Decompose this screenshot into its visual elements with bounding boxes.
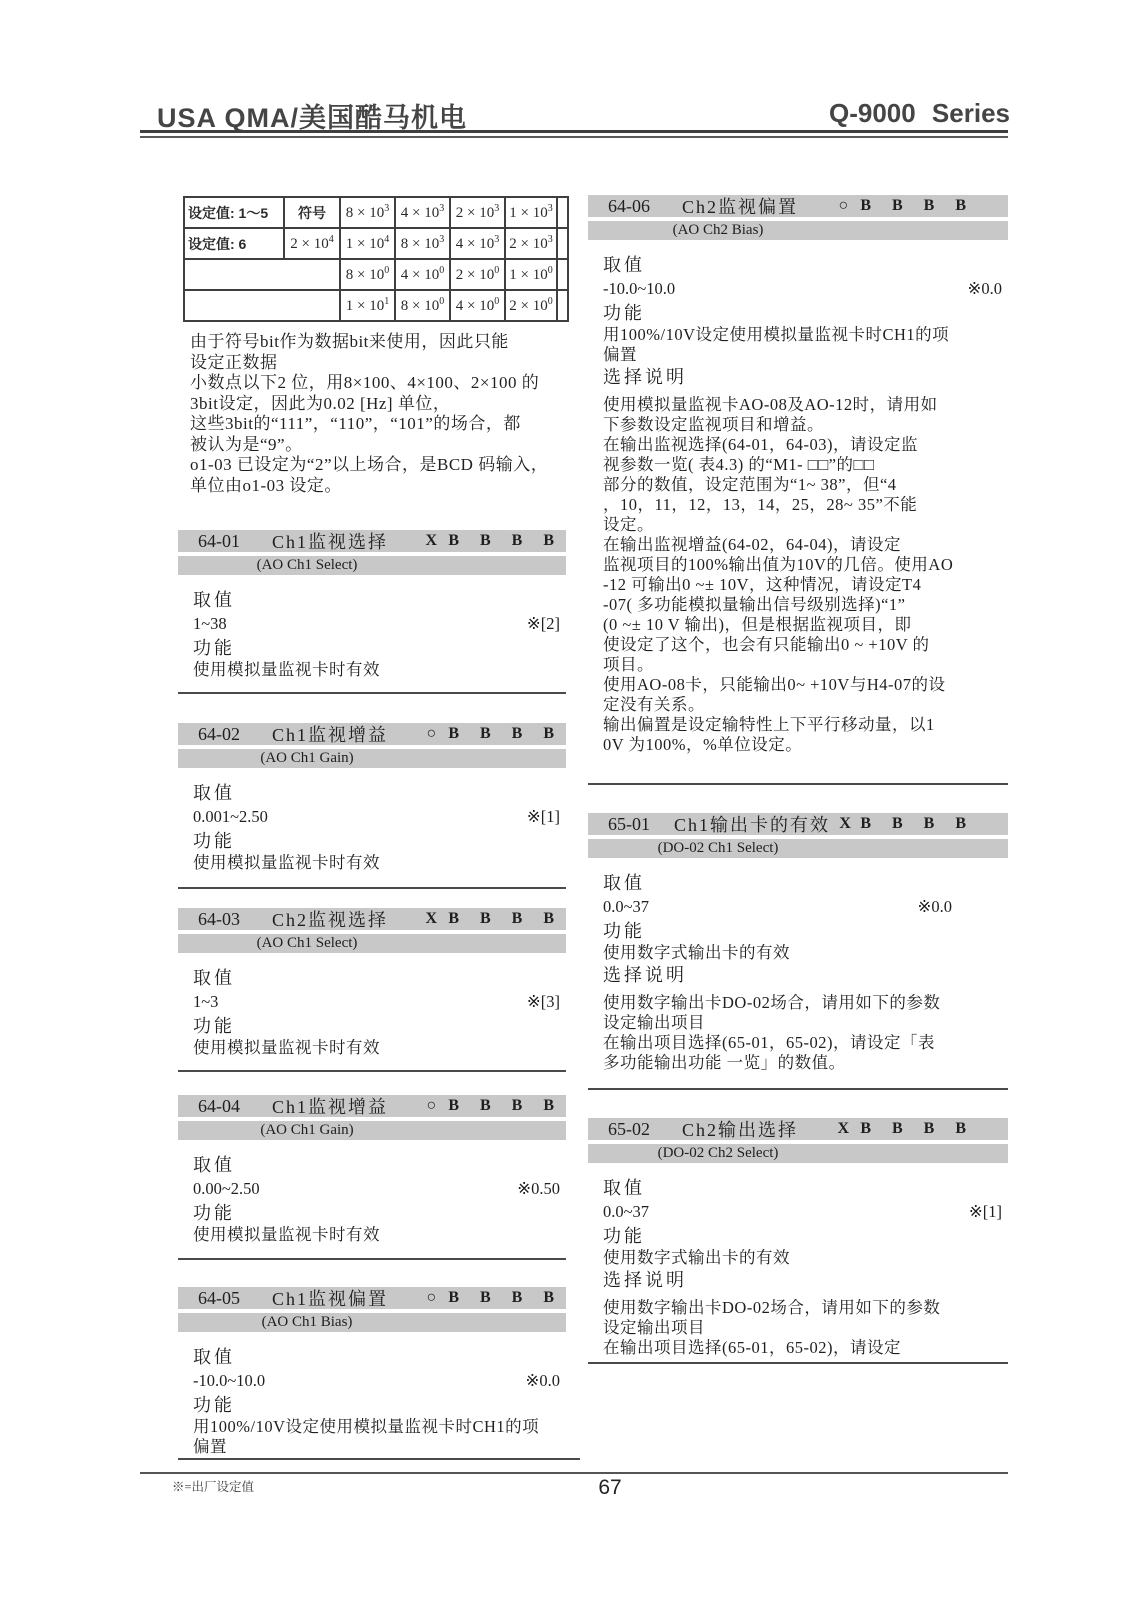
param-title-bar: 64-06 Ch2监视偏置 ○ B B B B (588, 195, 1008, 217)
section-divider (178, 1258, 566, 1260)
param-body: 取值 0.0~37 ※0.0 功能 使用数字式输出卡的有效 选择说明 使用数字输… (588, 858, 1008, 1073)
param-code: 65-02 (608, 1119, 682, 1140)
notes-paragraph: 由于符号bit作为数据bit来使用，因此只能 设定正数据 小数点以下2 位，用8… (190, 332, 575, 496)
bit-table: 设定值: 1～5符号8 × 1034 × 1032 × 1031 × 103设定… (183, 196, 569, 322)
default-value: ※[1] (527, 805, 560, 829)
param-subtitle: (DO-02 Ch2 Select) (658, 1145, 779, 1161)
table-cell: 4 × 100 (450, 290, 505, 321)
param-subtitle-bar: (AO Ch1 Gain) (178, 749, 566, 768)
param-body: 取值 0.0~37 ※[1] 功能 使用数字式输出卡的有效 选择说明 使用数字输… (588, 1163, 1008, 1358)
param-body: 取值 1~3 ※[3] 功能 使用模拟量监视卡时有效 (178, 953, 566, 1058)
header-rule-top (140, 130, 1008, 133)
param-title: Ch1监视增益 (272, 1093, 414, 1119)
function-label: 功能 (193, 636, 566, 660)
table-cell: 2 × 104 (284, 228, 340, 259)
param-subtitle-bar: (DO-02 Ch1 Select) (588, 839, 1008, 858)
param-title-bar: 64-01 Ch1监视选择 X B B B B (178, 530, 566, 552)
param-code: 64-06 (608, 196, 682, 217)
table-cell: 2 × 103 (450, 197, 505, 228)
param-title-bar: 64-02 Ch1监视增益 ○ B B B B (178, 723, 566, 745)
table-cell: 8 × 103 (395, 228, 450, 259)
value-row: 0.0~37 ※[1] (603, 1200, 1008, 1224)
param-title: Ch1监视增益 (272, 721, 414, 747)
function-label: 功能 (193, 1393, 566, 1417)
function-text: 使用数字式输出卡的有效 (603, 943, 1008, 963)
table-cell (184, 259, 340, 290)
section-divider (588, 783, 1008, 785)
select-label: 选择说明 (603, 1268, 1008, 1292)
table-cell: 4 × 103 (450, 228, 505, 259)
param-flag: X (414, 910, 448, 928)
value-label: 取值 (603, 1176, 1008, 1200)
param-subtitle: (AO Ch1 Bias) (262, 1314, 353, 1330)
function-label: 功能 (603, 919, 1008, 943)
footer-rule (140, 1472, 1008, 1474)
param-subtitle: (AO Ch2 Bias) (673, 222, 764, 238)
table-cell (184, 290, 340, 321)
table-cell (557, 259, 568, 290)
param-flag: ○ (414, 1097, 448, 1115)
param-code: 64-05 (198, 1288, 272, 1309)
series-title: Q-9000 Series (770, 98, 1010, 129)
param-section-64-06: 64-06 Ch2监视偏置 ○ B B B B (AO Ch2 Bias) 取值… (588, 195, 1008, 755)
select-description: 使用数字输出卡DO-02场合，请用如下的参数 设定输出项目 在输出项目选择(65… (603, 1298, 1008, 1358)
param-body: 取值 0.00~2.50 ※0.50 功能 使用模拟量监视卡时有效 (178, 1140, 566, 1245)
param-subtitle-bar: (AO Ch1 Select) (178, 934, 566, 953)
function-text: 使用模拟量监视卡时有效 (193, 1225, 566, 1245)
param-body: 取值 -10.0~10.0 ※0.0 功能 用100%/10V设定使用模拟量监视… (588, 240, 1008, 755)
param-code: 65-01 (608, 814, 674, 835)
value-label: 取值 (603, 871, 1008, 895)
section-divider (178, 887, 566, 889)
value-row: -10.0~10.0 ※0.0 (193, 1369, 566, 1393)
param-section-64-02: 64-02 Ch1监视增益 ○ B B B B (AO Ch1 Gain) 取值… (178, 723, 566, 873)
table-cell: 8 × 100 (395, 290, 450, 321)
table-cell (557, 228, 568, 259)
table-cell: 1 × 104 (340, 228, 395, 259)
table-cell: 4 × 103 (395, 197, 450, 228)
value-range: 0.0~37 (603, 895, 649, 919)
select-label: 选择说明 (603, 963, 1008, 987)
table-cell (557, 290, 568, 321)
param-subtitle: (DO-02 Ch1 Select) (658, 840, 779, 856)
param-body: 取值 -10.0~10.0 ※0.0 功能 用100%/10V设定使用模拟量监视… (178, 1332, 566, 1457)
default-value: ※[3] (527, 990, 560, 1014)
param-title: Ch2监视选择 (272, 906, 414, 932)
param-flag: ○ (414, 1289, 448, 1307)
param-title: Ch1监视偏置 (272, 1285, 414, 1311)
param-subtitle-bar: (DO-02 Ch2 Select) (588, 1144, 1008, 1163)
section-divider (178, 1070, 566, 1072)
param-title-bar: 65-02 Ch2输出选择 X B B B B (588, 1118, 1008, 1140)
function-label: 功能 (603, 1224, 1008, 1248)
param-code: 64-01 (198, 531, 272, 552)
function-text: 使用模拟量监视卡时有效 (193, 1038, 566, 1058)
table-cell: 设定值: 6 (184, 228, 284, 259)
param-access-levels: B B B B (860, 197, 966, 215)
function-label: 功能 (603, 301, 1008, 325)
value-label: 取值 (193, 781, 566, 805)
param-subtitle: (AO Ch1 Select) (257, 557, 358, 573)
param-code: 64-04 (198, 1096, 272, 1117)
param-access-levels: B B B B (860, 1120, 966, 1138)
param-access-levels: B B B B (448, 1097, 554, 1115)
table-cell: 2 × 103 (505, 228, 557, 259)
function-text: 使用模拟量监视卡时有效 (193, 660, 566, 680)
param-title: Ch2输出选择 (682, 1116, 826, 1142)
param-title-bar: 64-04 Ch1监视增益 ○ B B B B (178, 1095, 566, 1117)
function-text: 用100%/10V设定使用模拟量监视卡时CH1的项 偏置 (603, 325, 1008, 365)
param-section-65-02: 65-02 Ch2输出选择 X B B B B (DO-02 Ch2 Selec… (588, 1118, 1008, 1358)
section-divider (588, 1088, 1008, 1090)
function-text: 使用模拟量监视卡时有效 (193, 853, 566, 873)
manual-page: USA QMA/美国酷马机电 Q-9000 Series 设定值: 1～5符号8… (0, 0, 1132, 1600)
param-body: 取值 0.001~2.50 ※[1] 功能 使用模拟量监视卡时有效 (178, 768, 566, 873)
param-title-bar: 65-01 Ch1输出卡的有效 X B B B B (588, 813, 1008, 835)
value-range: 1~38 (193, 612, 227, 636)
param-access-levels: B B B B (860, 815, 966, 833)
value-label: 取值 (193, 1345, 566, 1369)
value-row: -10.0~10.0 ※0.0 (603, 277, 1008, 301)
table-cell (557, 197, 568, 228)
value-row: 0.001~2.50 ※[1] (193, 805, 566, 829)
param-section-64-03: 64-03 Ch2监视选择 X B B B B (AO Ch1 Select) … (178, 908, 566, 1058)
table-row: 1 × 1018 × 1004 × 1002 × 100 (184, 290, 568, 321)
default-value: ※0.0 (526, 1369, 560, 1393)
param-section-64-01: 64-01 Ch1监视选择 X B B B B (AO Ch1 Select) … (178, 530, 566, 680)
param-access-levels: B B B B (448, 1289, 554, 1307)
section-divider (178, 692, 566, 694)
select-description: 使用数字输出卡DO-02场合，请用如下的参数 设定输出项目 在输出项目选择(65… (603, 993, 1008, 1073)
table-row: 8 × 1004 × 1002 × 1001 × 100 (184, 259, 568, 290)
param-access-levels: B B B B (448, 910, 554, 928)
param-subtitle-bar: (AO Ch1 Gain) (178, 1121, 566, 1140)
param-subtitle: (AO Ch1 Gain) (260, 1122, 353, 1138)
param-title-bar: 64-03 Ch2监视选择 X B B B B (178, 908, 566, 930)
value-range: 1~3 (193, 990, 218, 1014)
table-cell: 1 × 100 (505, 259, 557, 290)
param-subtitle: (AO Ch1 Gain) (260, 750, 353, 766)
param-section-64-04: 64-04 Ch1监视增益 ○ B B B B (AO Ch1 Gain) 取值… (178, 1095, 566, 1245)
value-range: 0.00~2.50 (193, 1177, 260, 1201)
table-cell: 符号 (284, 197, 340, 228)
param-access-levels: B B B B (448, 532, 554, 550)
function-text: 使用数字式输出卡的有效 (603, 1248, 1008, 1268)
right-column-end-line (588, 1362, 1008, 1364)
value-range: -10.0~10.0 (603, 277, 675, 301)
default-value: ※[1] (969, 1200, 1002, 1224)
function-text: 用100%/10V设定使用模拟量监视卡时CH1的项 偏置 (193, 1417, 566, 1457)
param-title-bar: 64-05 Ch1监视偏置 ○ B B B B (178, 1287, 566, 1309)
value-row: 0.0~37 ※0.0 (603, 895, 1008, 919)
param-title: Ch1监视选择 (272, 528, 414, 554)
value-label: 取值 (603, 253, 1008, 277)
param-subtitle-bar: (AO Ch2 Bias) (588, 221, 1008, 240)
header-rule-bottom (140, 136, 1008, 138)
default-value: ※0.50 (517, 1177, 560, 1201)
function-label: 功能 (193, 1201, 566, 1225)
param-flag: X (830, 815, 860, 833)
table-cell: 2 × 100 (505, 290, 557, 321)
table-row: 设定值: 62 × 1041 × 1048 × 1034 × 1032 × 10… (184, 228, 568, 259)
value-range: 0.001~2.50 (193, 805, 268, 829)
param-subtitle-bar: (AO Ch1 Select) (178, 556, 566, 575)
value-range: 0.0~37 (603, 1200, 649, 1224)
param-subtitle-bar: (AO Ch1 Bias) (178, 1313, 566, 1332)
param-access-levels: B B B B (448, 725, 554, 743)
select-description: 使用模拟量监视卡AO-08及AO-12时，请用如 下参数设定监视项目和增益。 在… (603, 395, 1008, 755)
default-value: ※[2] (527, 612, 560, 636)
param-code: 64-03 (198, 909, 272, 930)
table-cell: 1 × 103 (505, 197, 557, 228)
param-flag: X (414, 532, 448, 550)
table-row: 设定值: 1～5符号8 × 1034 × 1032 × 1031 × 103 (184, 197, 568, 228)
page-number: 67 (570, 1476, 650, 1500)
value-row: 0.00~2.50 ※0.50 (193, 1177, 566, 1201)
param-flag: ○ (826, 197, 860, 215)
value-label: 取值 (193, 588, 566, 612)
param-subtitle: (AO Ch1 Select) (257, 935, 358, 951)
value-label: 取值 (193, 1153, 566, 1177)
param-body: 取值 1~38 ※[2] 功能 使用模拟量监视卡时有效 (178, 575, 566, 680)
param-title: Ch1输出卡的有效 (674, 811, 830, 837)
table-cell: 4 × 100 (395, 259, 450, 290)
value-row: 1~3 ※[3] (193, 990, 566, 1014)
table-cell: 8 × 103 (340, 197, 395, 228)
select-label: 选择说明 (603, 365, 1008, 389)
value-label: 取值 (193, 966, 566, 990)
default-value: ※0.0 (918, 895, 952, 919)
param-section-65-01: 65-01 Ch1输出卡的有效 X B B B B (DO-02 Ch1 Sel… (588, 813, 1008, 1073)
table-cell: 8 × 100 (340, 259, 395, 290)
table-cell: 2 × 100 (450, 259, 505, 290)
param-flag: ○ (414, 725, 448, 743)
value-range: -10.0~10.0 (193, 1369, 265, 1393)
default-value: ※0.0 (968, 277, 1002, 301)
left-column-end-line (178, 1458, 580, 1460)
table-cell: 设定值: 1～5 (184, 197, 284, 228)
table-cell: 1 × 101 (340, 290, 395, 321)
bit-table-body: 设定值: 1～5符号8 × 1034 × 1032 × 1031 × 103设定… (184, 197, 568, 321)
param-title: Ch2监视偏置 (682, 193, 826, 219)
param-section-64-05: 64-05 Ch1监视偏置 ○ B B B B (AO Ch1 Bias) 取值… (178, 1287, 566, 1457)
function-label: 功能 (193, 829, 566, 853)
footnote: ※=出厂设定值 (172, 1477, 254, 1495)
value-row: 1~38 ※[2] (193, 612, 566, 636)
param-code: 64-02 (198, 724, 272, 745)
function-label: 功能 (193, 1014, 566, 1038)
param-flag: X (826, 1120, 860, 1138)
